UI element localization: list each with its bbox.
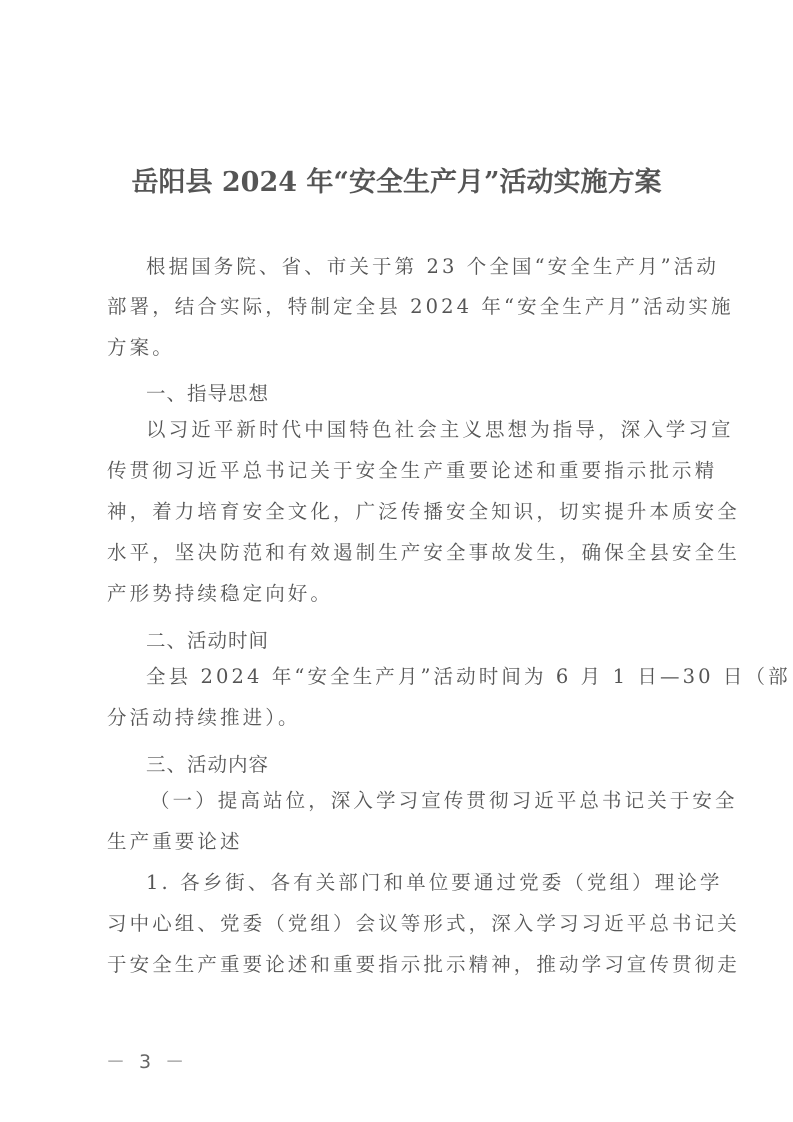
section-heading-activity-time: 二、活动时间 [146, 625, 269, 653]
intro-line: 方案。 [107, 338, 697, 358]
item-line: 1. 各乡街、各有关部门和单位要通过党委（党组）理论学 [146, 873, 736, 893]
body-line: 产形势持续稳定向好。 [107, 584, 697, 604]
body-line: 传贯彻习近平总书记关于安全生产重要论述和重要指示批示精 [107, 461, 697, 481]
item-line: 于安全生产重要论述和重要指示批示精神，推动学习宣传贯彻走 [107, 955, 697, 975]
subsection-line: （一）提高站位，深入学习宣传贯彻习近平总书记关于安全 [150, 791, 740, 811]
section-heading-activity-content: 三、活动内容 [146, 749, 269, 777]
subsection-line: 生产重要论述 [107, 832, 697, 852]
section-heading-guiding-ideology: 一、指导思想 [146, 378, 269, 406]
item-line: 习中心组、党委（党组）会议等形式，深入学习习近平总书记关 [107, 914, 697, 934]
body-line: 全县 2024 年“安全生产月”活动时间为 6 月 1 日—30 日（部 [146, 667, 736, 687]
intro-line: 根据国务院、省、市关于第 23 个全国“安全生产月”活动 [146, 257, 736, 277]
intro-line: 部署，结合实际，特制定全县 2024 年“安全生产月”活动实施 [107, 297, 697, 317]
page-number: － 3 － [106, 1047, 188, 1074]
body-line: 以习近平新时代中国特色社会主义思想为指导，深入学习宣 [146, 420, 736, 440]
body-line: 神，着力培育安全文化，广泛传播安全知识，切实提升本质安全 [107, 502, 697, 522]
document-title: 岳阳县 2024 年“安全生产月”活动实施方案 [0, 160, 793, 199]
body-line: 分活动持续推进）。 [107, 708, 697, 728]
body-line: 水平，坚决防范和有效遏制生产安全事故发生，确保全县安全生 [107, 543, 697, 563]
